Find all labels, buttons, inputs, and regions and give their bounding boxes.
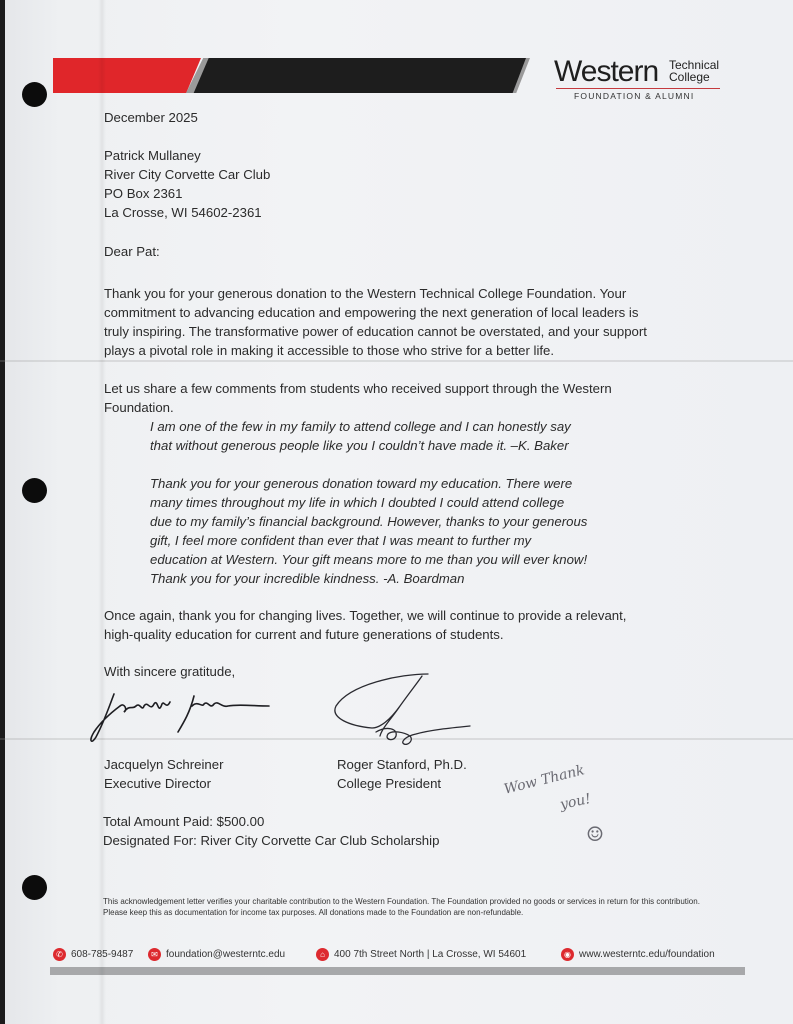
quote-line: gift, I feel more confident than ever th… — [150, 531, 710, 550]
paragraph-line: plays a pivotal role in making it access… — [104, 341, 724, 360]
signatory-stanford: Roger Stanford, Ph.D. College President — [337, 755, 467, 793]
email-icon: ✉ — [148, 948, 161, 961]
quote-line: Thank you for your incredible kindness. … — [150, 569, 710, 588]
footer-bar — [50, 967, 745, 975]
letter-date: December 2025 — [104, 108, 198, 127]
signatory-schreiner: Jacquelyn Schreiner Executive Director — [104, 755, 224, 793]
home-icon: ⌂ — [316, 948, 329, 961]
tax-disclaimer: This acknowledgement letter verifies you… — [103, 896, 715, 918]
signature-schreiner — [84, 682, 274, 752]
quote-line: due to my family’s financial background.… — [150, 512, 710, 531]
recipient-address-line1: PO Box 2361 — [104, 184, 270, 203]
paragraph-line: Foundation. — [104, 398, 724, 417]
punch-hole — [22, 82, 47, 107]
globe-icon: ◉ — [561, 948, 574, 961]
website-link[interactable]: www.westerntc.edu/foundation — [579, 949, 715, 960]
phone-number[interactable]: 608-785-9487 — [71, 949, 133, 960]
paragraph-line: Let us share a few comments from student… — [104, 379, 724, 398]
western-logo: Western Technical College FOUNDATION & A… — [554, 56, 729, 102]
header-band-red — [53, 58, 201, 93]
handwritten-note-line1: Wow Thank — [502, 762, 586, 797]
paragraph-closing: Once again, thank you for changing lives… — [104, 606, 724, 644]
smiley-icon: ☺ — [586, 822, 604, 846]
salutation: Dear Pat: — [104, 242, 160, 261]
email-address[interactable]: foundation@westerntc.edu — [166, 949, 285, 960]
handwritten-note-line2: you! — [559, 791, 593, 813]
letter-page: Western Technical College FOUNDATION & A… — [0, 0, 793, 1024]
recipient-organization: River City Corvette Car Club — [104, 165, 270, 184]
logo-underline — [556, 88, 720, 89]
logo-sub-college: College — [669, 71, 719, 83]
signatory-name: Jacquelyn Schreiner — [104, 755, 224, 774]
street-address: 400 7th Street North | La Crosse, WI 546… — [334, 949, 526, 960]
donation-summary: Total Amount Paid: $500.00 Designated Fo… — [103, 812, 439, 850]
punch-hole — [22, 875, 47, 900]
logo-subtitle: Technical College — [669, 59, 719, 83]
logo-tagline: FOUNDATION & ALUMNI — [574, 91, 694, 101]
phone-icon: ✆ — [53, 948, 66, 961]
paragraph-line: Thank you for your generous donation to … — [104, 284, 724, 303]
signatory-name: Roger Stanford, Ph.D. — [337, 755, 467, 774]
student-quote-boardman: Thank you for your generous donation tow… — [150, 474, 710, 588]
paragraph-line: commitment to advancing education and em… — [104, 303, 724, 322]
footer-phone[interactable]: ✆ 608-785-9487 — [53, 946, 133, 962]
closing: With sincere gratitude, — [104, 662, 235, 681]
paragraph-line: Once again, thank you for changing lives… — [104, 606, 724, 625]
paragraph-thanks: Thank you for your generous donation to … — [104, 284, 724, 360]
quote-line: I am one of the few in my family to atte… — [150, 417, 710, 436]
signature-stanford — [330, 670, 480, 755]
recipient-address-line2: La Crosse, WI 54602-2361 — [104, 203, 270, 222]
logo-wordmark: Western — [554, 56, 658, 88]
quote-line: education at Western. Your gift means mo… — [150, 550, 710, 569]
signatory-title: Executive Director — [104, 774, 224, 793]
quote-line: Thank you for your generous donation tow… — [150, 474, 710, 493]
footer-email[interactable]: ✉ foundation@westerntc.edu — [148, 946, 285, 962]
student-quote-baker: I am one of the few in my family to atte… — [150, 417, 710, 455]
recipient-name: Patrick Mullaney — [104, 146, 270, 165]
paragraph-line: truly inspiring. The transformative powe… — [104, 322, 724, 341]
paragraph-line: high-quality education for current and f… — [104, 625, 724, 644]
quote-line: many times throughout my life in which I… — [150, 493, 710, 512]
quote-line: that without generous people like you I … — [150, 436, 710, 455]
header-band-black — [192, 58, 526, 93]
footer-website[interactable]: ◉ www.westerntc.edu/foundation — [561, 946, 715, 962]
punch-hole — [22, 478, 47, 503]
recipient-address: Patrick Mullaney River City Corvette Car… — [104, 146, 270, 222]
signatory-title: College President — [337, 774, 467, 793]
total-amount-paid: Total Amount Paid: $500.00 — [103, 812, 439, 831]
paper-fold-line — [0, 360, 793, 362]
paragraph-student-comments: Let us share a few comments from student… — [104, 379, 724, 417]
designated-for: Designated For: River City Corvette Car … — [103, 831, 439, 850]
footer-address: ⌂ 400 7th Street North | La Crosse, WI 5… — [316, 946, 526, 962]
